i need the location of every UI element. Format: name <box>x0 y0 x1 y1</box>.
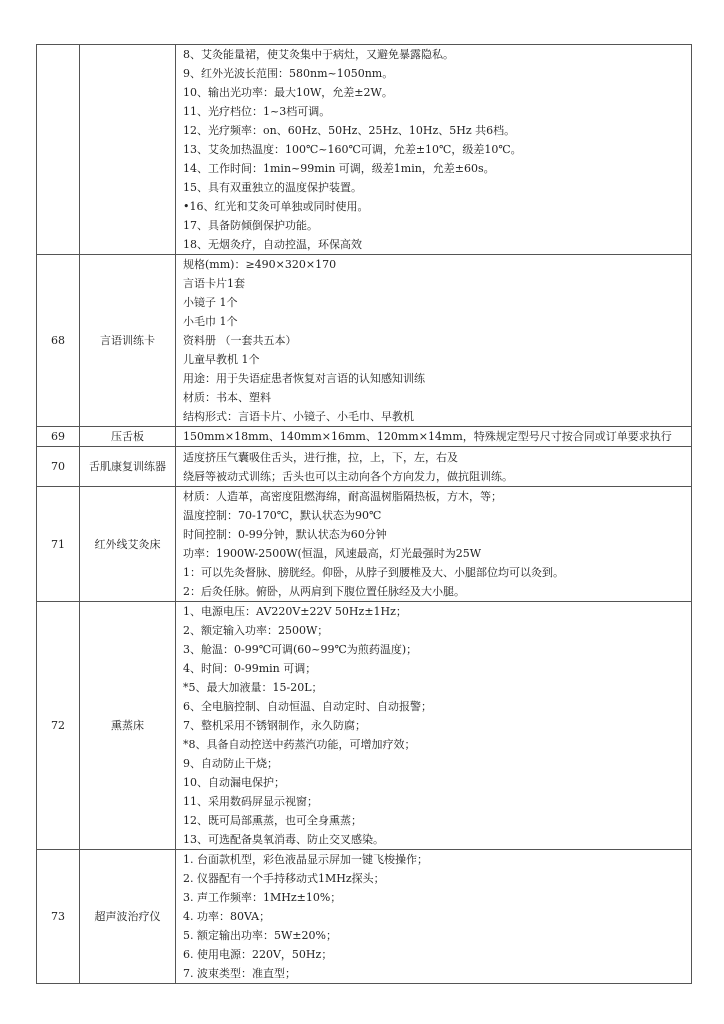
spec-line: 结构形式：言语卡片、小镜子、小毛巾、早教机 <box>183 407 689 426</box>
item-specification: 8、艾灸能量裙，使艾灸集中于病灶，又避免暴露隐私。9、红外光波长范围：580nm… <box>176 45 692 255</box>
table-row: 8、艾灸能量裙，使艾灸集中于病灶，又避免暴露隐私。9、红外光波长范围：580nm… <box>37 45 692 255</box>
spec-line: 4、时间：0-99min 可调； <box>183 659 689 678</box>
spec-line: 5. 额定输出功率：5W±20%； <box>183 926 689 945</box>
spec-line: 1：可以先灸督脉、膀胱经。仰卧，从脖子到腰椎及大、小腿部位均可以灸到。 <box>183 563 689 582</box>
spec-line: 言语卡片1套 <box>183 274 689 293</box>
spec-line: 8、艾灸能量裙，使艾灸集中于病灶，又避免暴露隐私。 <box>183 45 689 64</box>
spec-line: 材质：人造革，高密度阻燃海绵，耐高温树脂隔热板，方木，等； <box>183 487 689 506</box>
table-row: 70舌肌康复训练器适度挤压气囊吸住舌头，进行推，拉，上，下，左，右及绕唇等被动式… <box>37 447 692 487</box>
spec-line: 时间控制：0-99分钟，默认状态为60分钟 <box>183 525 689 544</box>
table-row: 71红外线艾灸床材质：人造革，高密度阻燃海绵，耐高温树脂隔热板，方木，等；温度控… <box>37 487 692 602</box>
spec-line: 11、光疗档位：1~3档可调。 <box>183 102 689 121</box>
spec-line: 18、无烟灸疗，自动控温，环保高效 <box>183 235 689 254</box>
item-number: 72 <box>37 602 80 850</box>
spec-line: 10、输出光功率：最大10W，允差±2W。 <box>183 83 689 102</box>
item-name: 熏蒸床 <box>80 602 176 850</box>
spec-line: 6、全电脑控制、自动恒温、自动定时、自动报警； <box>183 697 689 716</box>
spec-line: 小镜子 1个 <box>183 293 689 312</box>
spec-line: 1. 台面款机型，彩色液晶显示屏加一键飞梭操作； <box>183 850 689 869</box>
spec-line: 用途：用于失语症患者恢复对言语的认知感知训练 <box>183 369 689 388</box>
spec-line: 3、舱温：0-99℃可调(60~99℃为煎药温度)； <box>183 640 689 659</box>
item-number: 70 <box>37 447 80 487</box>
item-number <box>37 45 80 255</box>
spec-line: 17、具备防倾倒保护功能。 <box>183 216 689 235</box>
spec-line: 温度控制：70-170℃，默认状态为90℃ <box>183 506 689 525</box>
spec-line: 12、光疗频率：on、60Hz、50Hz、25Hz、10Hz、5Hz 共6档。 <box>183 121 689 140</box>
item-number: 73 <box>37 850 80 984</box>
spec-line: 资料册 （一套共五本） <box>183 331 689 350</box>
spec-line: 功率：1900W-2500W(恒温，风速最高，灯光最强时为25W <box>183 544 689 563</box>
spec-line: 9、红外光波长范围：580nm~1050nm。 <box>183 64 689 83</box>
spec-line: 2、额定输入功率：2500W； <box>183 621 689 640</box>
spec-line: 7、整机采用不锈钢制作，永久防腐； <box>183 716 689 735</box>
item-name <box>80 45 176 255</box>
item-number: 71 <box>37 487 80 602</box>
item-specification: 规格(mm)：≥490×320×170言语卡片1套小镜子 1个小毛巾 1个资料册… <box>176 255 692 427</box>
item-name: 超声波治疗仪 <box>80 850 176 984</box>
item-number: 69 <box>37 427 80 447</box>
spec-line: 规格(mm)：≥490×320×170 <box>183 255 689 274</box>
spec-line: 7. 波束类型：准直型； <box>183 964 689 983</box>
spec-line: 2. 仪器配有一个手持移动式1MHz探头； <box>183 869 689 888</box>
spec-line: 小毛巾 1个 <box>183 312 689 331</box>
item-specification: 150mm×18mm、140mm×16mm、120mm×14mm，特殊规定型号尺… <box>176 427 692 447</box>
item-name: 压舌板 <box>80 427 176 447</box>
spec-line: 1、电源电压：AV220V±22V 50Hz±1Hz； <box>183 602 689 621</box>
item-name: 言语训练卡 <box>80 255 176 427</box>
item-specification: 1. 台面款机型，彩色液晶显示屏加一键飞梭操作；2. 仪器配有一个手持移动式1M… <box>176 850 692 984</box>
spec-line: 材质：书本、塑料 <box>183 388 689 407</box>
spec-line: 14、工作时间：1min~99min 可调，级差1min，允差±60s。 <box>183 159 689 178</box>
spec-line: 儿童早教机 1个 <box>183 350 689 369</box>
item-specification: 1、电源电压：AV220V±22V 50Hz±1Hz；2、额定输入功率：2500… <box>176 602 692 850</box>
equipment-spec-table: 8、艾灸能量裙，使艾灸集中于病灶，又避免暴露隐私。9、红外光波长范围：580nm… <box>36 44 692 984</box>
table-row: 68言语训练卡规格(mm)：≥490×320×170言语卡片1套小镜子 1个小毛… <box>37 255 692 427</box>
spec-line: 4. 功率：80VA； <box>183 907 689 926</box>
spec-line: *5、最大加液量：15-20L； <box>183 678 689 697</box>
spec-line: *8、具备自动控送中药蒸汽功能，可增加疗效； <box>183 735 689 754</box>
spec-line: 6. 使用电源：220V，50Hz； <box>183 945 689 964</box>
item-number: 68 <box>37 255 80 427</box>
spec-line: 3. 声工作频率：1MHz±10%； <box>183 888 689 907</box>
spec-line: 11、采用数码屏显示视窗； <box>183 792 689 811</box>
spec-line: 10、自动漏电保护； <box>183 773 689 792</box>
item-specification: 适度挤压气囊吸住舌头，进行推，拉，上，下，左，右及绕唇等被动式训练；舌头也可以主… <box>176 447 692 487</box>
spec-line: •16、红光和艾灸可单独或同时使用。 <box>183 197 689 216</box>
spec-line: 13、可选配备臭氧消毒、防止交叉感染。 <box>183 830 689 849</box>
table-body: 8、艾灸能量裙，使艾灸集中于病灶，又避免暴露隐私。9、红外光波长范围：580nm… <box>37 45 692 984</box>
spec-line: 适度挤压气囊吸住舌头，进行推，拉，上，下，左，右及 <box>183 448 689 467</box>
spec-line: 150mm×18mm、140mm×16mm、120mm×14mm，特殊规定型号尺… <box>183 427 689 446</box>
spec-line: 9、自动防止干烧； <box>183 754 689 773</box>
item-specification: 材质：人造革，高密度阻燃海绵，耐高温树脂隔热板，方木，等；温度控制：70-170… <box>176 487 692 602</box>
spec-line: 13、艾灸加热温度：100℃~160℃可调，允差±10℃，级差10℃。 <box>183 140 689 159</box>
table-row: 72熏蒸床1、电源电压：AV220V±22V 50Hz±1Hz；2、额定输入功率… <box>37 602 692 850</box>
item-name: 舌肌康复训练器 <box>80 447 176 487</box>
spec-line: 12、既可局部熏蒸，也可全身熏蒸； <box>183 811 689 830</box>
spec-line: 15、具有双重独立的温度保护装置。 <box>183 178 689 197</box>
spec-line: 绕唇等被动式训练；舌头也可以主动向各个方向发力，做抗阻训练。 <box>183 467 689 486</box>
item-name: 红外线艾灸床 <box>80 487 176 602</box>
table-row: 73超声波治疗仪1. 台面款机型，彩色液晶显示屏加一键飞梭操作；2. 仪器配有一… <box>37 850 692 984</box>
spec-line: 2：后灸任脉。俯卧，从两肩到下腹位置任脉经及大小腿。 <box>183 582 689 601</box>
table-row: 69压舌板150mm×18mm、140mm×16mm、120mm×14mm，特殊… <box>37 427 692 447</box>
